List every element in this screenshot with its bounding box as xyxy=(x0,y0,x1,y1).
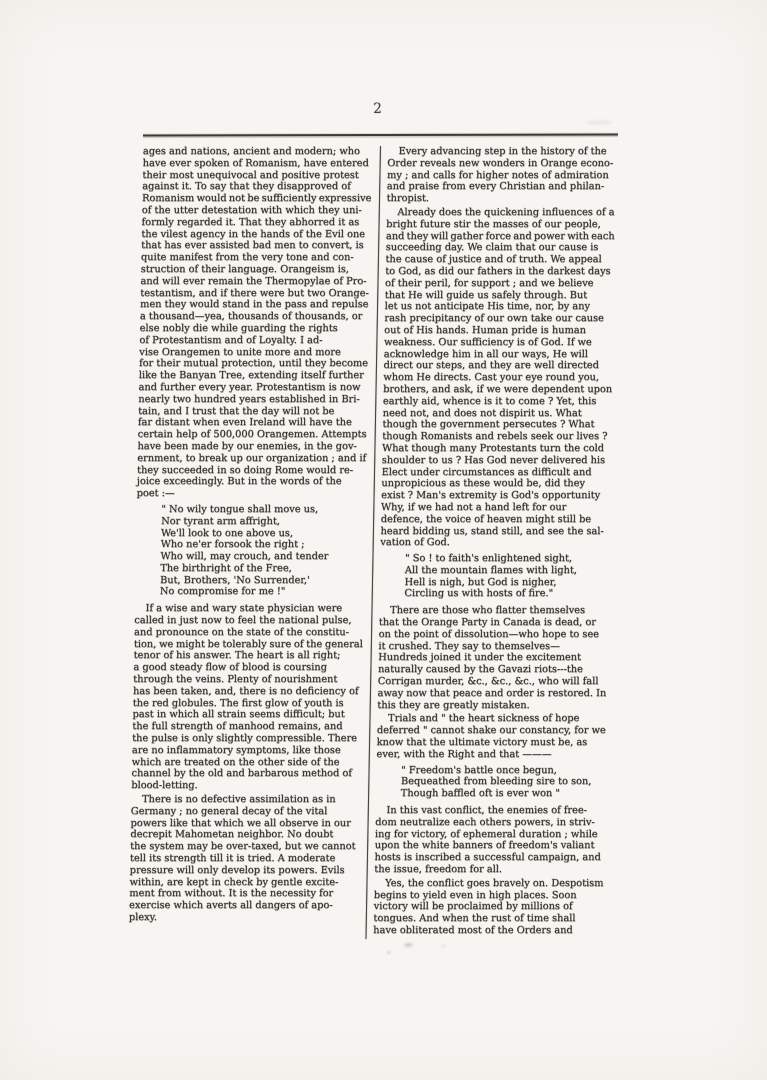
text-line: Order reveals new wonders in Orange econ… xyxy=(387,158,616,170)
text-line: and further every year. Protestantism is… xyxy=(138,382,367,394)
text-line: and will ever remain the Thermopylae of … xyxy=(140,276,369,288)
paragraph: In this vast conflict, the enemies of fr… xyxy=(374,805,604,876)
text-line: Circling us with hosts of fire." xyxy=(404,588,608,600)
paragraph: If a wise and wary state physician werec… xyxy=(131,603,363,792)
text-line: let us not anticipate His time, nor, by … xyxy=(385,301,614,313)
text-line: blood-letting. xyxy=(131,780,360,792)
text-line: deferred " cannot shake our constancy, f… xyxy=(377,725,606,737)
text-line: begins to yield even in high places. Soo… xyxy=(374,890,603,902)
text-line: of Protestantism and of Loyalty. I ad- xyxy=(139,335,368,347)
header-rule xyxy=(143,134,618,137)
paragraph: Trials and " the heart sickness of hoped… xyxy=(376,713,606,760)
paragraph: ages and nations, ancient and modern; wh… xyxy=(137,146,372,500)
verse-block: " No wily tongue shall move us,Nor tyran… xyxy=(160,504,366,598)
text-line: ages and nations, ancient and modern; wh… xyxy=(143,146,372,158)
paper-speck xyxy=(387,951,391,954)
text-line: thropist. xyxy=(387,193,616,205)
text-line: direct our steps, and they are well dire… xyxy=(383,360,612,372)
text-line: upon the white banners of freedom's vali… xyxy=(375,840,604,852)
paper-speck xyxy=(586,120,612,125)
text-line: Nor tyrant arm affright, xyxy=(161,516,365,528)
text-line: the cause of justice and of truth. We ap… xyxy=(385,254,614,266)
verse-block: " So ! to faith's enlightened sight,All … xyxy=(404,553,609,600)
text-line: Romanism would not be sufficiently expre… xyxy=(142,193,371,205)
text-line: testantism, and if there were but two Or… xyxy=(140,288,369,300)
text-line: " No wily tongue shall move us, xyxy=(161,504,365,516)
page-number: 2 xyxy=(140,101,615,117)
text-line: But, Brothers, 'No Surrender,' xyxy=(160,575,364,587)
left-column: ages and nations, ancient and modern; wh… xyxy=(128,146,372,939)
text-line: If a wise and wary state physician were xyxy=(134,603,363,615)
text-line: tion, we might be tolerably sure of the … xyxy=(134,639,363,651)
text-line: need not, and does not dispirit us. What xyxy=(383,408,612,420)
text-line: powers like that which we all observe in… xyxy=(130,818,359,830)
text-line: the issue, freedom for all. xyxy=(374,864,603,876)
text-line: We'll look to one above us, xyxy=(161,528,365,540)
text-line: a thousand—yea, thousands of thousands, … xyxy=(140,311,369,323)
text-line: What though many Protestants turn the co… xyxy=(382,443,611,455)
text-line: hosts is inscribed a successful campaign… xyxy=(374,852,603,864)
text-line: " So ! to faith's enlightened sight, xyxy=(405,553,609,565)
text-line: against it. To say that they disapproved… xyxy=(142,181,371,193)
text-line: Why, if we had not a hand left for our xyxy=(381,502,610,514)
text-line: Though baffled oft is ever won " xyxy=(401,788,605,800)
text-line: it crushed. They say to themselves— xyxy=(378,641,607,653)
text-line: dom neutralize each others powers, in st… xyxy=(375,817,604,829)
scanned-document-page: 2 ages and nations, ancient and modern; … xyxy=(0,0,767,1080)
text-line: Corrigan murder, &c., &c., &c., who will… xyxy=(378,676,607,688)
text-line: men they would stand in the pass and rep… xyxy=(140,299,369,311)
text-line: have been made by our enemies, in the go… xyxy=(137,441,366,453)
text-line: vation of God. xyxy=(380,537,609,549)
text-line: Bequeathed from bleeding sire to son, xyxy=(401,776,605,788)
text-block: ages and nations, ancient and modern; wh… xyxy=(128,146,618,939)
paragraph: There is no defective assimilation as in… xyxy=(129,794,360,924)
text-line: There are those who flatter themselves xyxy=(379,605,608,617)
text-line: whom He directs. Cast your eye round you… xyxy=(383,372,612,384)
text-line: that the Orange Party in Canada is dead,… xyxy=(379,617,608,629)
text-line: Who ne'er forsook the right ; xyxy=(161,539,365,551)
text-line: formly regarded it. That they abhorred i… xyxy=(141,217,370,229)
text-line: Hell is nigh, but God is nigher, xyxy=(404,577,608,589)
text-line: ing for victory, of ephemeral duration ;… xyxy=(375,829,604,841)
text-line: Hundreds joined it under the excitement xyxy=(378,652,607,664)
text-line: which are treated on the other side of t… xyxy=(132,757,361,769)
paragraph: Every advancing step in the history of t… xyxy=(387,146,617,205)
text-line: Yes, the conflict goes bravely on. Despo… xyxy=(374,878,603,890)
text-line: ernment, to break up our organization ; … xyxy=(137,453,366,465)
paragraph: Yes, the conflict goes bravely on. Despo… xyxy=(373,878,603,937)
text-line: defence, the voice of heaven might still… xyxy=(381,514,610,526)
text-line: have ever spoken of Romanism, have enter… xyxy=(143,158,372,170)
text-line: the system may be over-taxed, but we can… xyxy=(130,841,359,853)
text-line: rash precipitancy of our own take our ca… xyxy=(384,313,613,325)
text-line: ment from without. It is the necessity f… xyxy=(129,888,358,900)
text-line: called in just now to feel the national … xyxy=(134,615,363,627)
text-line: There is no defective assimilation as in xyxy=(131,794,360,806)
text-line: shoulder to us ? Has God never delivered… xyxy=(382,455,611,467)
text-line: of the utter detestation with which they… xyxy=(142,205,371,217)
text-line: on the point of dissolution—who hope to … xyxy=(379,629,608,641)
text-line: and praise from every Christian and phil… xyxy=(387,181,616,193)
text-line: and they will gather force and power wit… xyxy=(386,231,615,243)
text-line: earthly aid, whence is it to come ? Yet,… xyxy=(383,396,612,408)
text-line: Already does the quickening influences o… xyxy=(386,207,615,219)
text-line: the vilest agency in the hands of the Ev… xyxy=(141,229,370,241)
text-line: they succeeded in so doing Rome would re… xyxy=(137,465,366,477)
text-line: In this vast conflict, the enemies of fr… xyxy=(375,805,604,817)
text-line: that He will guide us safely through. Bu… xyxy=(385,290,614,302)
text-line: their most unequivocal and positive prot… xyxy=(142,170,371,182)
text-line: decrepit Mahometan neighbor. No doubt xyxy=(130,829,359,841)
text-line: vise Orangemen to unite more and more xyxy=(139,347,368,359)
text-line: that has ever assisted bad men to conver… xyxy=(141,240,370,252)
verse-block: " Freedom's battle once begun,Bequeathed… xyxy=(401,765,606,800)
text-line: has been taken, and, there is no deficie… xyxy=(133,686,362,698)
text-line: like the Banyan Tree, extending itself f… xyxy=(139,370,368,382)
text-line: the full strength of manhood remains, an… xyxy=(132,721,361,733)
text-line: joice exceedingly. But in the words of t… xyxy=(137,476,366,488)
text-line: tongues. And when the rust of time shall xyxy=(373,913,602,925)
text-line: out of His hands. Human pride is human xyxy=(384,325,613,337)
text-line: are no inflammatory symptoms, like those xyxy=(132,745,361,757)
text-line: away now that peace and order is restore… xyxy=(377,688,606,700)
text-line: Germany ; no general decay of the vital xyxy=(131,806,360,818)
text-line: Every advancing step in the history of t… xyxy=(387,146,616,158)
text-line: certain help of 500,000 Orangemen. Attem… xyxy=(138,429,367,441)
text-line: ever, with the Right and that ——— xyxy=(376,749,605,761)
paper-speck xyxy=(404,943,413,947)
text-line: plexy. xyxy=(129,912,358,924)
text-line: struction of their language. Orangeism i… xyxy=(141,264,370,276)
text-line: my ; and calls for higher notes of admir… xyxy=(387,170,616,182)
text-line: naturally caused by the Gavazi riots---t… xyxy=(378,664,607,676)
text-line: the red globules. The first glow of yout… xyxy=(133,698,362,710)
paragraph: There are those who flatter themselvesth… xyxy=(377,605,608,711)
text-line: tain, and I trust that the day will not … xyxy=(138,406,367,418)
text-line: Trials and " the heart sickness of hope xyxy=(377,713,606,725)
text-line: bright future stir the masses of our peo… xyxy=(386,219,615,231)
text-line: else nobly die while guarding the rights xyxy=(140,323,369,335)
text-line: and pronounce on the state of the consti… xyxy=(134,627,363,639)
text-line: brothers, and ask, if we were dependent … xyxy=(383,384,612,396)
text-line: of their peril, for support ; and we bel… xyxy=(385,278,614,290)
text-line: " Freedom's battle once begun, xyxy=(401,765,605,777)
text-line: heard bidding us, stand still, and see t… xyxy=(380,526,609,538)
text-line: channel by the old and barbarous method … xyxy=(131,768,360,780)
text-line: weakness. Our sufficiency is of God. If … xyxy=(384,337,613,349)
text-line: have obliterated most of the Orders and xyxy=(373,925,602,937)
text-line: far distant when even Ireland will have … xyxy=(138,417,367,429)
text-line: nearly two hundred years established in … xyxy=(138,394,367,406)
text-line: within, are kept in check by gentle exci… xyxy=(129,877,358,889)
text-line: No compromise for me !" xyxy=(160,586,364,598)
text-line: poet :— xyxy=(137,488,366,500)
text-line: exercise which averts all dangers of apo… xyxy=(129,900,358,912)
text-line: Elect under circumstances as difficult a… xyxy=(382,467,611,479)
text-line: though Romanists and rebels seek our liv… xyxy=(382,431,611,443)
text-line: the pulse is only slightly compressible.… xyxy=(132,733,361,745)
text-line: through the veins. Plenty of nourishment xyxy=(133,674,362,686)
paper-speck xyxy=(441,945,446,947)
paragraph: Already does the quickening influences o… xyxy=(380,207,615,549)
text-line: a good steady flow of blood is coursing xyxy=(133,662,362,674)
text-line: past in which all strain seems difficult… xyxy=(132,709,361,721)
text-line: exist ? Man's extremity is God's opportu… xyxy=(381,490,610,502)
text-line: Who will, may crouch, and tender xyxy=(160,551,364,563)
text-line: tenor of his answer. The heart is all ri… xyxy=(134,650,363,662)
text-line: victory will be proclaimed by millions o… xyxy=(374,901,603,913)
text-line: The birthright of the Free, xyxy=(160,563,364,575)
text-line: All the mountain flames with light, xyxy=(405,565,609,577)
text-line: this they are greatly mistaken. xyxy=(377,700,606,712)
text-line: tell its strength till it is tried. A mo… xyxy=(130,853,359,865)
text-line: acknowledge him in all our ways, He will xyxy=(384,349,613,361)
text-line: for their mutual protection, until they … xyxy=(139,358,368,370)
right-column: Every advancing step in the history of t… xyxy=(373,146,617,939)
text-line: know that the ultimate victory must be, … xyxy=(377,737,606,749)
text-line: unpropicious as these would be, did they xyxy=(381,478,610,490)
text-line: though the government persecutes ? What xyxy=(382,419,611,431)
text-line: pressure will only develop its powers. E… xyxy=(130,865,359,877)
text-line: to God, as did our fathers in the darkes… xyxy=(385,266,614,278)
text-line: quite manifest from the very tone and co… xyxy=(141,252,370,264)
text-line: succeeding day. We claim that our cause … xyxy=(386,242,615,254)
